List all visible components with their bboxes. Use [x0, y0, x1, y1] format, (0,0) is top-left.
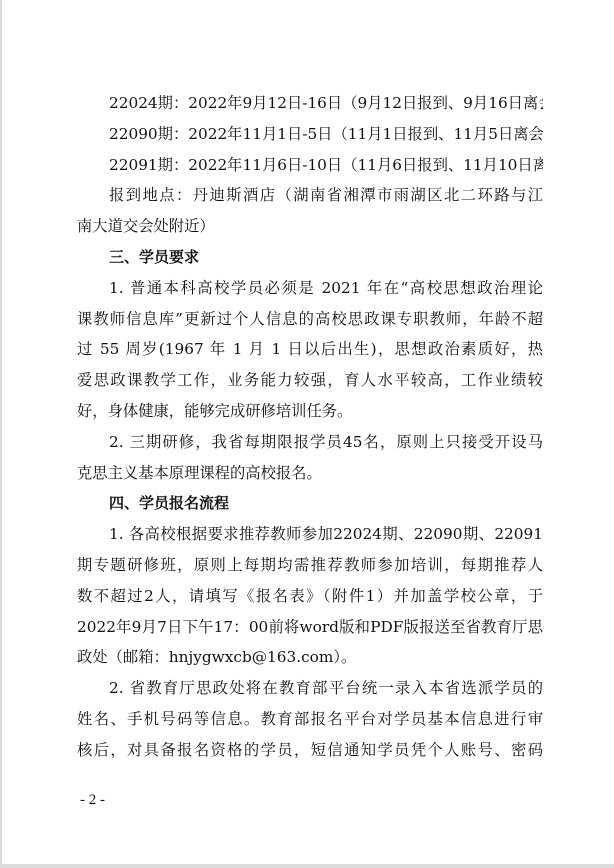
requirement-1-line: 1. 普通本科高校学员必须是 2021 年在“高校思想政治理论 — [77, 273, 543, 304]
registration-1-email-line: 政处（邮箱：hnjygwxcb@163.com）。 — [77, 642, 543, 673]
page-number: - 2 - — [80, 792, 105, 809]
registration-1-line: 数不超过2人，请填写《报名表》（附件1）并加盖学校公章，于 — [77, 581, 543, 612]
registration-1-line: 期专题研修班，原则上每期均需推荐教师参加培训，每期推荐人 — [77, 550, 543, 581]
requirement-1-line: 课教师信息库”更新过个人信息的高校思政课专职教师，年龄不超 — [77, 304, 543, 335]
requirement-1-line: 爱思政课教学工作，业务能力较强，育人水平较高，工作业绩较 — [77, 365, 543, 396]
schedule-22024: 22024期：2022年9月12日-16日（9月12日报到、9月16日离会） — [77, 88, 543, 119]
section-heading-requirements: 三、学员要求 — [77, 242, 543, 273]
registration-2-line: 核后，对具备报名资格的学员，短信通知学员凭个人账号、密码 — [77, 735, 543, 766]
venue-line-continued: 南大道交会处附近） — [77, 211, 543, 242]
requirement-1-line: 过 55 周岁(1967 年 1 月 1 日以后出生)，思想政治素质好，热 — [77, 334, 543, 365]
registration-1-line: 2022年9月7日下午17：00前将word版和PDF版报送至省教育厅思 — [77, 612, 543, 643]
registration-2-line: 姓名、手机号码等信息。教育部报名平台对学员基本信息进行审 — [77, 704, 543, 735]
section-heading-registration: 四、学员报名流程 — [77, 488, 543, 519]
schedule-22090: 22090期：2022年11月1日-5日（11月1日报到、11月5日离会） — [77, 119, 543, 150]
registration-1-line: 1. 各高校根据要求推荐教师参加22024期、22090期、22091 — [77, 519, 543, 550]
requirement-2-line: 克思主义基本原理课程的高校报名。 — [77, 458, 543, 489]
document-body: 22024期：2022年9月12日-16日（9月12日报到、9月16日离会） 2… — [77, 88, 543, 766]
venue-line: 报到地点：丹迪斯酒店（湖南省湘潭市雨湖区北二环路与江 — [77, 180, 543, 211]
requirement-1-line: 好，身体健康，能够完成研修培训任务。 — [77, 396, 543, 427]
document-page: 22024期：2022年9月12日-16日（9月12日报到、9月16日离会） 2… — [2, 0, 614, 864]
schedule-22091: 22091期：2022年11月6日-10日（11月6日报到、11月10日离会） — [77, 150, 543, 181]
requirement-2-line: 2. 三期研修，我省每期限报学员45名，原则上只接受开设马 — [77, 427, 543, 458]
registration-2-line: 2. 省教育厅思政处将在教育部平台统一录入本省选派学员的 — [77, 673, 543, 704]
